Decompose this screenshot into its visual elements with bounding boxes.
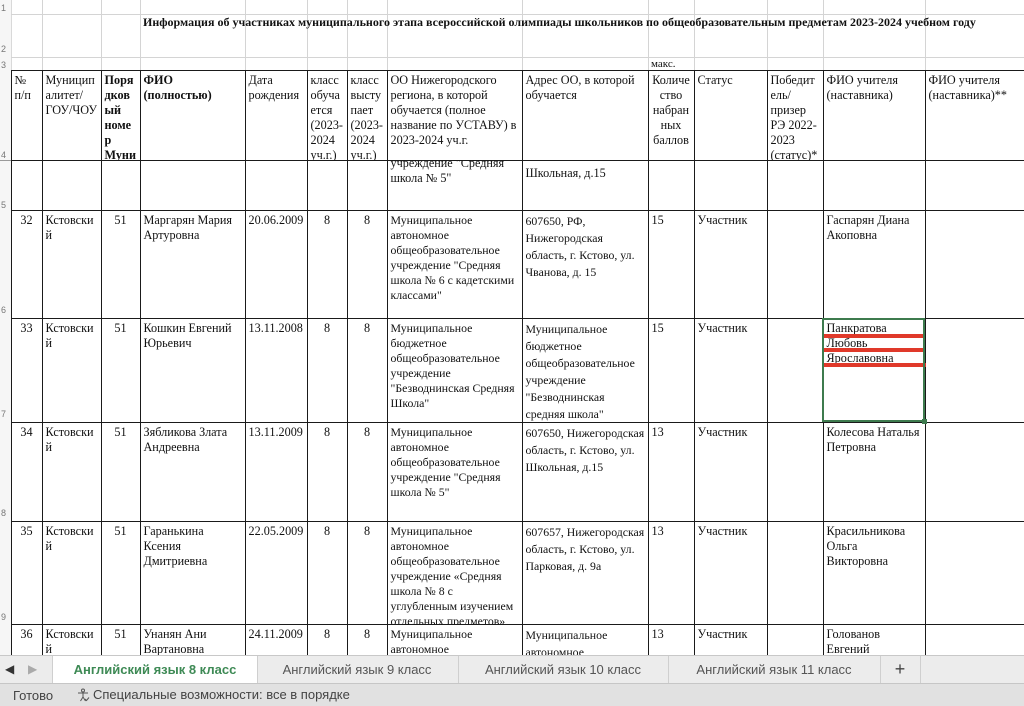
row-36-class_study[interactable]: 8 (307, 624, 348, 656)
column-header[interactable]: Муниципалитет/ ГОУ/ЧОУ (42, 70, 102, 161)
partial-row-cell[interactable] (101, 160, 141, 211)
column-header[interactable]: ФИО (полностью) (140, 70, 246, 161)
accessibility-text: Специальные возможности: все в порядке (93, 687, 350, 702)
row-34-score[interactable]: 13 (648, 422, 695, 522)
fill-handle[interactable] (922, 419, 927, 424)
row-33-class_compete[interactable]: 8 (347, 318, 388, 423)
row-35-score[interactable]: 13 (648, 521, 695, 625)
sheet-tab-bar: ◀ ▶ Английский язык 8 класс Английский я… (0, 655, 1024, 684)
row-34-num[interactable]: 34 (11, 422, 43, 522)
row-32-num[interactable]: 32 (11, 210, 43, 319)
row-32-teacher2[interactable] (925, 210, 1024, 319)
column-header[interactable]: № п/п (11, 70, 43, 161)
row-33-school[interactable]: Муниципальное бюджетное общеобразователь… (387, 318, 523, 423)
sheet-title: Информация об участниках муниципального … (143, 15, 976, 30)
row-36-num[interactable]: 36 (11, 624, 43, 656)
row-35-num[interactable]: 35 (11, 521, 43, 625)
row-32-teacher[interactable]: Гаспарян Диана Акоповна (823, 210, 926, 319)
column-header[interactable]: Дата рождения (245, 70, 308, 161)
partial-row-cell[interactable] (347, 160, 388, 211)
partial-row-cell[interactable]: Школьная, д.15 (522, 160, 649, 211)
partial-row-cell[interactable] (42, 160, 102, 211)
row-33-fio[interactable]: Кошкин Евгений Юрьевич (140, 318, 246, 423)
partial-row-cell[interactable] (648, 160, 695, 211)
row-36-municipality[interactable]: Кстовский (42, 624, 102, 656)
partial-row-cell[interactable] (925, 160, 1024, 211)
column-header[interactable]: Количество набранных баллов (648, 70, 695, 161)
row-32-status[interactable]: Участник (694, 210, 768, 319)
row-34-class_compete[interactable]: 8 (347, 422, 388, 522)
row-number[interactable]: 1 (0, 3, 12, 13)
row-36-prev[interactable] (767, 624, 824, 656)
row-34-teacher[interactable]: Колесова Наталья Петровна (823, 422, 926, 522)
column-header[interactable]: класс выступает (2023-2024 уч.г.) (347, 70, 388, 161)
row-32-score[interactable]: 15 (648, 210, 695, 319)
row-32-class_compete[interactable]: 8 (347, 210, 388, 319)
row-34-address[interactable]: 607650, Нижегородская область, г. Кстово… (522, 422, 649, 522)
row-36-order[interactable]: 51 (101, 624, 141, 656)
row-34-fio[interactable]: Зябликова Злата Андреевна (140, 422, 246, 522)
row-33-status[interactable]: Участник (694, 318, 768, 423)
row-34-order[interactable]: 51 (101, 422, 141, 522)
row-36-birth[interactable]: 24.11.2009 (245, 624, 308, 656)
column-header[interactable]: ФИО учителя (наставника) (823, 70, 926, 161)
row-36-address[interactable]: Муниципальное автономное (522, 624, 649, 656)
grid-row-line (11, 57, 1024, 58)
row-36-teacher2[interactable] (925, 624, 1024, 656)
row-34-school[interactable]: Муниципальное автономное общеобразовател… (387, 422, 523, 522)
row-33-num[interactable]: 33 (11, 318, 43, 423)
row-35-class_compete[interactable]: 8 (347, 521, 388, 625)
column-header[interactable]: Порядковый номер Муни (101, 70, 141, 161)
prev-sheet-icon[interactable]: ◀ (5, 662, 14, 676)
partial-row-cell[interactable] (11, 160, 43, 211)
row-36-fio[interactable]: Унанян Ани Вартановна (140, 624, 246, 656)
row-35-school[interactable]: Муниципальное автономное общеобразовател… (387, 521, 523, 625)
spreadsheet-grid[interactable]: Информация об участниках муниципального … (0, 0, 1024, 655)
row-35-address[interactable]: 607657, Нижегородская область, г. Кстово… (522, 521, 649, 625)
row-36-status[interactable]: Участник (694, 624, 768, 656)
add-sheet-button[interactable]: + (880, 656, 921, 683)
row-32-school[interactable]: Муниципальное автономное общеобразовател… (387, 210, 523, 319)
row-33-score[interactable]: 15 (648, 318, 695, 423)
row-32-municipality[interactable]: Кстовский (42, 210, 102, 319)
column-header[interactable]: Статус (694, 70, 768, 161)
tab-english-11[interactable]: Английский язык 11 класс (668, 656, 881, 683)
partial-row-cell[interactable] (823, 160, 926, 211)
row-32-fio[interactable]: Маргарян Мария Артуровна (140, 210, 246, 319)
row-35-municipality[interactable]: Кстовский (42, 521, 102, 625)
row-33-prev[interactable] (767, 318, 824, 423)
column-header[interactable]: Адрес ОО, в которой обучается (522, 70, 649, 161)
column-header[interactable]: ОО Нижегородского региона, в которой обу… (387, 70, 523, 161)
accessibility-icon (76, 688, 90, 702)
status-bar: Готово Специальные возможности: все в по… (0, 683, 1024, 706)
row-34-class_study[interactable]: 8 (307, 422, 348, 522)
row-32-order[interactable]: 51 (101, 210, 141, 319)
next-sheet-icon[interactable]: ▶ (28, 662, 37, 676)
row-35-prev[interactable] (767, 521, 824, 625)
row-34-teacher2[interactable] (925, 422, 1024, 522)
row-33-address[interactable]: Муниципальное бюджетное общеобразователь… (522, 318, 649, 423)
row-32-address[interactable]: 607650, РФ, Нижегородская область, г. Кс… (522, 210, 649, 319)
partial-row-cell[interactable] (307, 160, 348, 211)
row-34-birth[interactable]: 13.11.2009 (245, 422, 308, 522)
row-34-prev[interactable] (767, 422, 824, 522)
tab-english-8[interactable]: Английский язык 8 класс (52, 656, 258, 683)
row-36-school[interactable]: Муниципальное автономное (387, 624, 523, 656)
row-number[interactable]: 2 (0, 44, 12, 54)
partial-row-cell[interactable] (140, 160, 246, 211)
row-number[interactable]: 3 (0, 60, 12, 70)
row-32-birth[interactable]: 20.06.2009 (245, 210, 308, 319)
partial-row-cell[interactable] (694, 160, 768, 211)
status-ready: Готово (13, 688, 53, 703)
row-35-status[interactable]: Участник (694, 521, 768, 625)
row-35-order[interactable]: 51 (101, 521, 141, 625)
row-32-prev[interactable] (767, 210, 824, 319)
partial-row-cell[interactable] (245, 160, 308, 211)
partial-row-cell[interactable] (767, 160, 824, 211)
row-32-class_study[interactable]: 8 (307, 210, 348, 319)
selected-cell[interactable] (822, 318, 925, 422)
row-34-status[interactable]: Участник (694, 422, 768, 522)
accessibility-status[interactable]: Специальные возможности: все в порядке (76, 687, 350, 702)
row-35-teacher[interactable]: Красильникова Ольга Викторовна (823, 521, 926, 625)
maks-label: макс. (651, 58, 675, 70)
row-36-class_compete[interactable]: 8 (347, 624, 388, 656)
column-header[interactable]: ФИО учителя (наставника)** (925, 70, 1024, 161)
row-35-class_study[interactable]: 8 (307, 521, 348, 625)
column-header[interactable]: класс обучается (2023-2024 уч.г.) (307, 70, 348, 161)
row-35-birth[interactable]: 22.05.2009 (245, 521, 308, 625)
column-header[interactable]: Победитель/призер РЭ 2022-2023 (статус)* (767, 70, 824, 161)
row-35-teacher2[interactable] (925, 521, 1024, 625)
row-33-teacher2[interactable] (925, 318, 1024, 423)
row-33-birth[interactable]: 13.11.2008 (245, 318, 308, 423)
row-34-municipality[interactable]: Кстовский (42, 422, 102, 522)
row-33-class_study[interactable]: 8 (307, 318, 348, 423)
row-33-order[interactable]: 51 (101, 318, 141, 423)
tab-english-9[interactable]: Английский язык 9 класс (256, 656, 459, 683)
row-35-fio[interactable]: Гаранькина Ксения Дмитриевна (140, 521, 246, 625)
row-36-teacher[interactable]: Голованов Евгений Олегович (823, 624, 926, 656)
row-33-municipality[interactable]: Кстовский (42, 318, 102, 423)
row-36-score[interactable]: 13 (648, 624, 695, 656)
tab-english-10[interactable]: Английский язык 10 класс (458, 656, 669, 683)
